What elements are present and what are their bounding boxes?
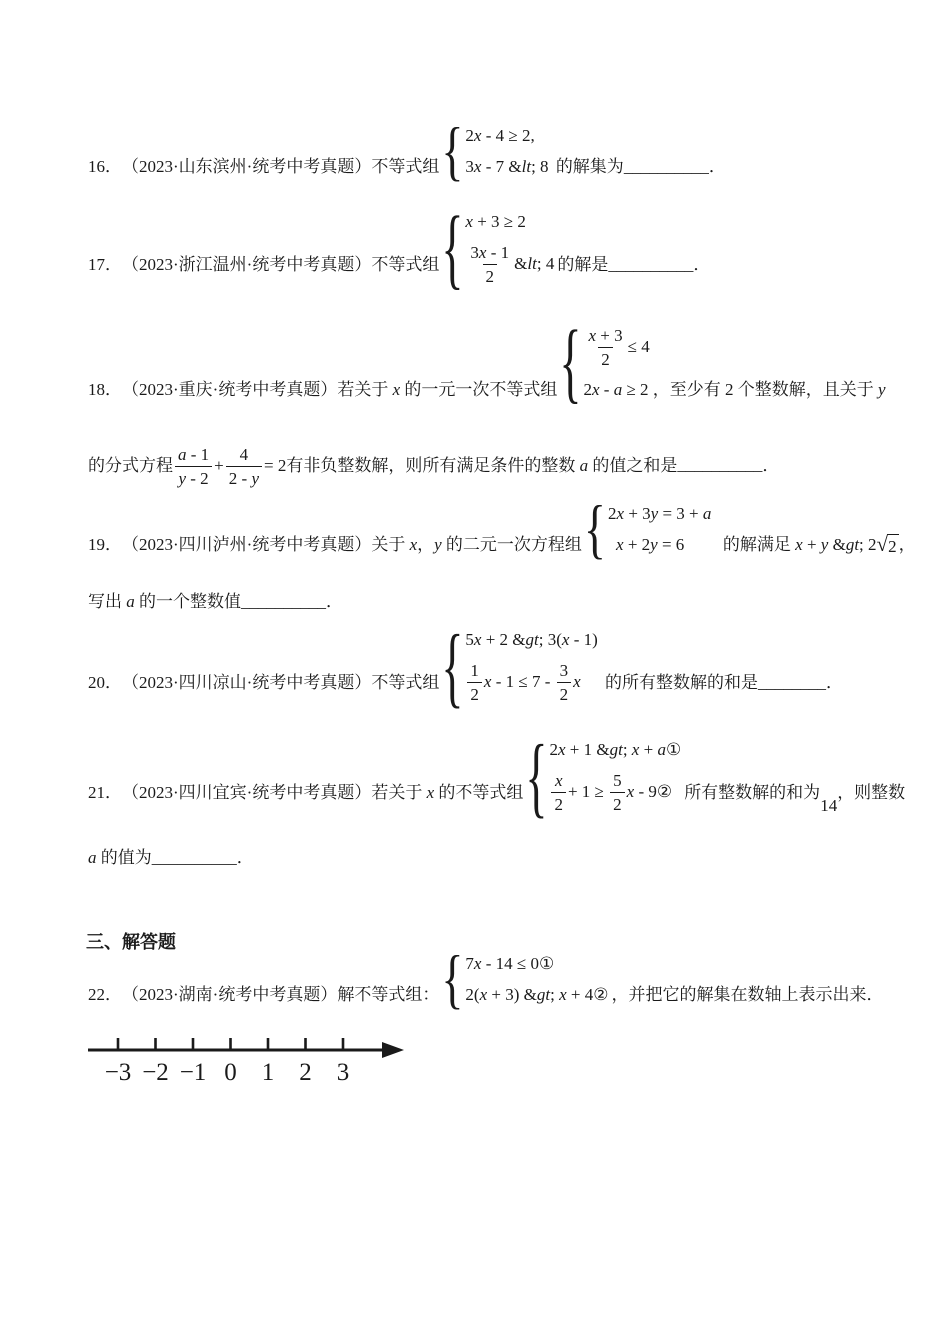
period: ． (826, 671, 843, 695)
fraction: 1 2 (467, 659, 482, 706)
brace-glyph: { (559, 318, 581, 408)
system-line-2: x + 2y = 6 (608, 529, 711, 560)
square-root: √ 2 (877, 533, 899, 557)
fraction-denominator: 2 (551, 792, 566, 816)
fraction-denominator: 2 - y (226, 466, 262, 490)
period: ． (326, 590, 343, 614)
problem-source: （2023·浙江温州·统考中考真题）不等式组 (122, 253, 439, 277)
equation-system: { 2x + 3y = 3 + a x + 2y = 6 (584, 498, 711, 560)
arrowhead-icon (382, 1042, 404, 1058)
answer-blank[interactable]: __________ (677, 453, 762, 477)
tick-label: 3 (337, 1059, 350, 1086)
system-lines: 5x + 2 &gt; 3(x - 1) 1 2 x - 1 ≤ 7 - 3 2… (465, 624, 597, 709)
brace-glyph: { (441, 204, 463, 294)
problem-text: 的分式方程 (88, 454, 173, 478)
problem-number: 19． (88, 533, 122, 557)
problem-17: 17． （2023·浙江温州·统考中考真题）不等式组 { x + 3 ≥ 2 3… (88, 206, 710, 291)
system-lines: 2x + 3y = 3 + a x + 2y = 6 (608, 498, 711, 560)
inequality-system: { 5x + 2 &gt; 3(x - 1) 1 2 x - 1 ≤ 7 - 3… (441, 624, 597, 709)
fraction-numerator: 1 (467, 659, 482, 682)
system-line-2: 1 2 x - 1 ≤ 7 - 3 2 x (465, 655, 597, 709)
tick-label: 0 (224, 1059, 237, 1086)
brace-glyph: { (441, 946, 463, 1011)
fraction-numerator: 3 (557, 659, 572, 682)
brace-glyph: { (584, 496, 606, 561)
fraction-numerator: 3x - 1 (467, 241, 512, 264)
tick-label: −1 (180, 1059, 207, 1086)
problem-19: 19． （2023·四川泸州·统考中考真题）关于 x，y 的二元一次方程组 { … (88, 498, 916, 560)
problem-number: 16． (88, 155, 122, 179)
problem-22: 22． （2023·湖南·统考中考真题）解不等式组： { 7x - 14 ≤ 0… (88, 948, 883, 1010)
fraction-numerator: a - 1 (175, 443, 212, 466)
fraction-denominator: 2 (483, 264, 498, 288)
problem-text: ，则整数 (837, 781, 905, 805)
brace-glyph: { (525, 732, 547, 822)
tick-label: 1 (262, 1059, 275, 1086)
system-line-1: 2x + 3y = 3 + a (608, 498, 711, 529)
system-line-1: 7x - 14 ≤ 0① (465, 948, 608, 979)
fraction: a - 1 y - 2 (175, 443, 212, 490)
equation-tail: = 2 (264, 454, 286, 478)
system-line-2: x 2 + 1 ≥ 5 2 x - 9② (549, 765, 681, 819)
system-line-1: x + 3 ≥ 2 (465, 206, 554, 237)
system-line-2: 3x - 1 2 &lt; 4 (465, 237, 554, 291)
system-lines: 2x - 4 ≥ 2, 3x - 7 &lt; 8 (465, 120, 548, 182)
problem-source: （2023·湖南·统考中考真题）解不等式组： (122, 983, 439, 1007)
fraction-denominator: 2 (467, 682, 482, 706)
number-line: −3 −2 −1 0 1 2 3 (86, 1030, 426, 1094)
problem-text: ，并把它的解集在数轴上表示出来． (611, 983, 883, 1007)
radicand: 2 (887, 534, 899, 557)
inequality-system: { x + 3 ≥ 2 3x - 1 2 &lt; 4 (441, 206, 554, 291)
fraction: x 2 (551, 769, 566, 816)
problem-21-continued: a 的值为 __________ ． (88, 846, 254, 873)
system-line-2: 3x - 7 &lt; 8 (465, 151, 548, 182)
sum-value: 14 (820, 794, 837, 818)
fraction-denominator: 2 (610, 792, 625, 816)
problem-21: 21． （2023·四川宜宾·统考中考真题）若关于 x 的不等式组 { 2x +… (88, 734, 905, 819)
answer-blank[interactable]: __________ (152, 846, 237, 870)
problem-text: ，至少有 2 个整数解，且关于 y (653, 378, 886, 402)
answer-blank[interactable]: __________ (241, 590, 326, 614)
system-line-2: 2x - a ≥ 2 (583, 374, 649, 405)
inequality-system: { x + 3 2 ≤ 4 2x - a ≥ 2 (559, 320, 649, 405)
problem-number: 20． (88, 671, 122, 695)
problem-number: 21． (88, 781, 122, 805)
inequality-system: { 7x - 14 ≤ 0① 2(x + 3) &gt; x + 4② (441, 948, 608, 1010)
problem-18: 18． （2023·重庆·统考中考真题）若关于 x 的一元一次不等式组 { x … (88, 320, 886, 405)
fraction-denominator: y - 2 (175, 466, 211, 490)
problem-text: 的所有整数解的和是 (601, 671, 758, 695)
inequality-tail: x - 9② (627, 782, 672, 802)
worksheet-page: 16． （2023·山东滨州·统考中考真题）不等式组 { 2x - 4 ≥ 2,… (0, 0, 950, 1344)
system-line-2: 2(x + 3) &gt; x + 4② (465, 979, 608, 1010)
problem-19-continued: 写出 a 的一个整数值 __________ ． (88, 590, 343, 617)
tick-label: −3 (105, 1059, 132, 1086)
problem-text: a 的值为 (88, 846, 152, 870)
fraction-numerator: 5 (610, 769, 625, 792)
system-line-1: 2x + 1 &gt; x + a① (549, 734, 681, 765)
problem-text: 的解集为 (552, 155, 624, 179)
period: ． (693, 253, 710, 277)
answer-blank[interactable]: __________ (608, 253, 693, 277)
problem-text: 有非负整数解，则所有满足条件的整数 a 的值之和是 (286, 454, 677, 478)
system-line-1: 5x + 2 &gt; 3(x - 1) (465, 624, 597, 655)
plus-operator: + (214, 454, 224, 478)
tick-label: 2 (299, 1059, 312, 1086)
fraction-denominator: 2 (557, 682, 572, 706)
inequality-tail: &lt; 4 (514, 254, 554, 274)
answer-blank[interactable]: ________ (758, 671, 826, 695)
problem-18-continued: 的分式方程 a - 1 y - 2 + 4 2 - y = 2 有非负整数解，则… (88, 438, 779, 494)
system-lines: x + 3 ≥ 2 3x - 1 2 &lt; 4 (465, 206, 554, 291)
fraction-numerator: 4 (237, 443, 252, 466)
problem-text: 的解满足 x + y &gt; 2 (714, 533, 876, 557)
period: ． (237, 846, 254, 870)
comma: ， (899, 533, 916, 557)
problem-number: 22． (88, 983, 122, 1007)
problem-20: 20． （2023·四川凉山·统考中考真题）不等式组 { 5x + 2 &gt;… (88, 624, 843, 709)
tick-label: −2 (142, 1059, 169, 1086)
problem-text: 所有整数解的和为 (684, 781, 820, 805)
problem-text: 的解是 (557, 253, 608, 277)
inequality-tail: ≤ 4 (628, 337, 650, 357)
period: ． (709, 155, 726, 179)
problem-source: （2023·四川泸州·统考中考真题）关于 x，y 的二元一次方程组 (122, 533, 582, 557)
problem-source: （2023·四川宜宾·统考中考真题）若关于 x 的不等式组 (122, 781, 523, 805)
system-line-1: 2x - 4 ≥ 2, (465, 120, 548, 151)
problem-16: 16． （2023·山东滨州·统考中考真题）不等式组 { 2x - 4 ≥ 2,… (88, 120, 726, 182)
inequality-middle: + 1 ≥ (568, 782, 608, 802)
problem-source: （2023·山东滨州·统考中考真题）不等式组 (122, 155, 439, 179)
inequality-middle: x - 1 ≤ 7 - (484, 672, 555, 692)
inequality-system: { 2x + 1 &gt; x + a① x 2 + 1 ≥ 5 2 x - 9… (525, 734, 681, 819)
fraction: 4 2 - y (226, 443, 262, 490)
problem-source: （2023·重庆·统考中考真题）若关于 x 的一元一次不等式组 (122, 378, 557, 402)
problem-source: （2023·四川凉山·统考中考真题）不等式组 (122, 671, 439, 695)
period: ． (762, 454, 779, 478)
brace-glyph: { (441, 118, 463, 183)
problem-number: 17． (88, 253, 122, 277)
fraction-numerator: x + 3 (585, 324, 625, 347)
answer-blank[interactable]: __________ (624, 155, 709, 179)
brace-glyph: { (441, 622, 463, 712)
system-lines: x + 3 2 ≤ 4 2x - a ≥ 2 (583, 320, 649, 405)
problem-number: 18． (88, 378, 122, 402)
inequality-tail: x (573, 672, 581, 692)
fraction: 3 2 (557, 659, 572, 706)
fraction: 3x - 1 2 (467, 241, 512, 288)
fraction: x + 3 2 (585, 324, 625, 371)
system-lines: 7x - 14 ≤ 0① 2(x + 3) &gt; x + 4② (465, 948, 608, 1010)
system-line-1: x + 3 2 ≤ 4 (583, 320, 649, 374)
fraction-numerator: x (552, 769, 566, 792)
inequality-system: { 2x - 4 ≥ 2, 3x - 7 &lt; 8 (441, 120, 548, 182)
fraction-denominator: 2 (598, 347, 613, 371)
problem-text: 写出 a 的一个整数值 (88, 590, 241, 614)
fraction: 5 2 (610, 769, 625, 816)
system-lines: 2x + 1 &gt; x + a① x 2 + 1 ≥ 5 2 x - 9② (549, 734, 681, 819)
